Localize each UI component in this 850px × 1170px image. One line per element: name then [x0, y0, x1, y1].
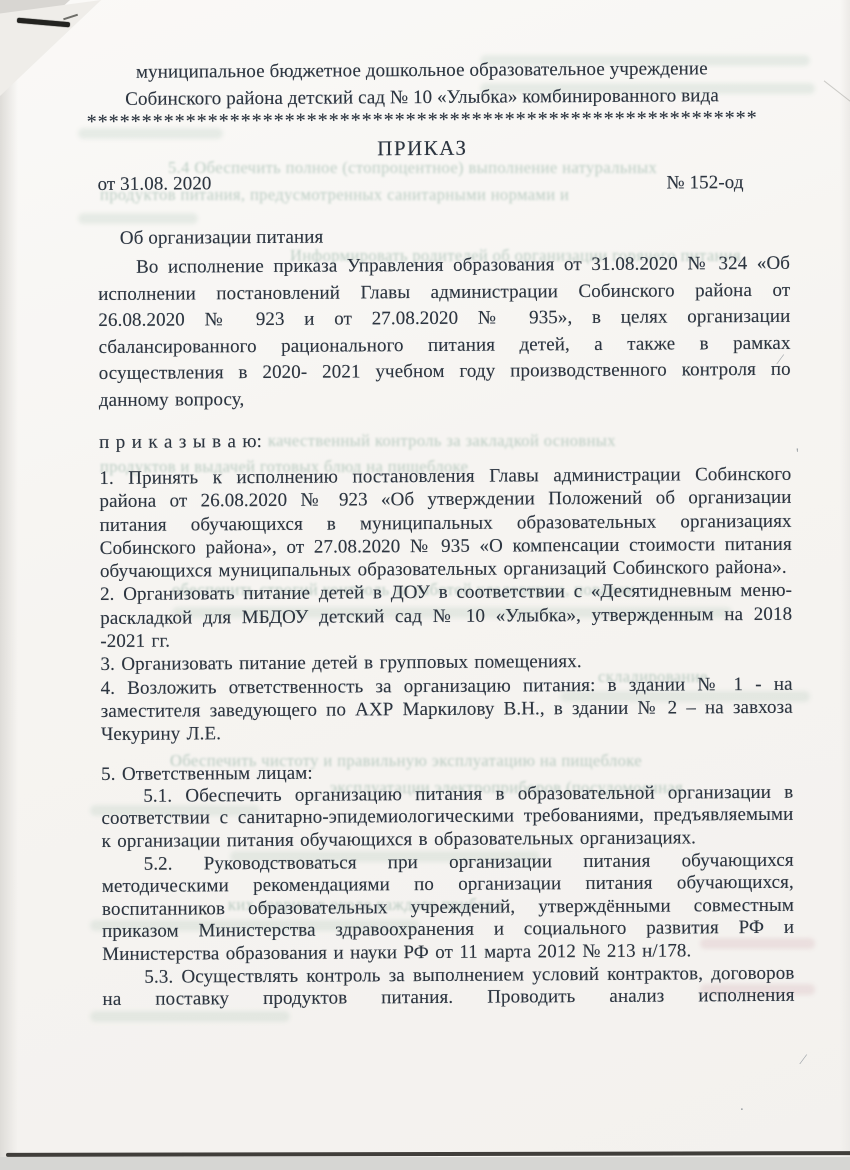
org-name-line1: муниципальное бюджетное дошкольное образ… — [0, 57, 847, 84]
scanned-page: 5.4 Обеспечить полное (стопроцентное) вы… — [0, 0, 850, 1170]
order-item-4: 4. Возложить ответственность за организа… — [101, 672, 793, 746]
order-subitem-5-3: 5.3. Осуществлять контроль за выполнение… — [102, 962, 794, 1011]
order-date: от 31.08. 2020 — [97, 173, 211, 196]
order-item-1: 1. Принять к исполнению постановления Гл… — [99, 463, 792, 584]
preamble-paragraph: Во исполнение приказа Управления образов… — [98, 251, 791, 414]
document-title: ПРИКАЗ — [0, 133, 847, 163]
decree-word: п р и к а з ы в а ю: — [99, 426, 791, 456]
order-number: № 152-од — [666, 172, 743, 194]
divider-asterisks: ****************************************… — [0, 106, 847, 134]
scan-area-below-page — [0, 1157, 850, 1170]
order-item-2: 2. Организовать питание детей в ДОУ в со… — [100, 579, 792, 653]
date-number-row: от 31.08. 2020 № 152-од — [97, 170, 743, 174]
order-subitems: 5.1. Обеспечить организацию питания в об… — [101, 782, 794, 1012]
order-subject: Об организации питания — [120, 227, 324, 250]
order-subitem-5-2: 5.2. Руководствоваться при организации п… — [102, 849, 795, 966]
order-subitem-5-1: 5.1. Обеспечить организацию питания в об… — [101, 782, 793, 854]
order-body: Во исполнение приказа Управления образов… — [98, 251, 795, 1012]
order-items: 1. Принять к исполнению постановления Гл… — [99, 463, 793, 747]
order-document: муниципальное бюджетное дошкольное образ… — [0, 0, 850, 1170]
